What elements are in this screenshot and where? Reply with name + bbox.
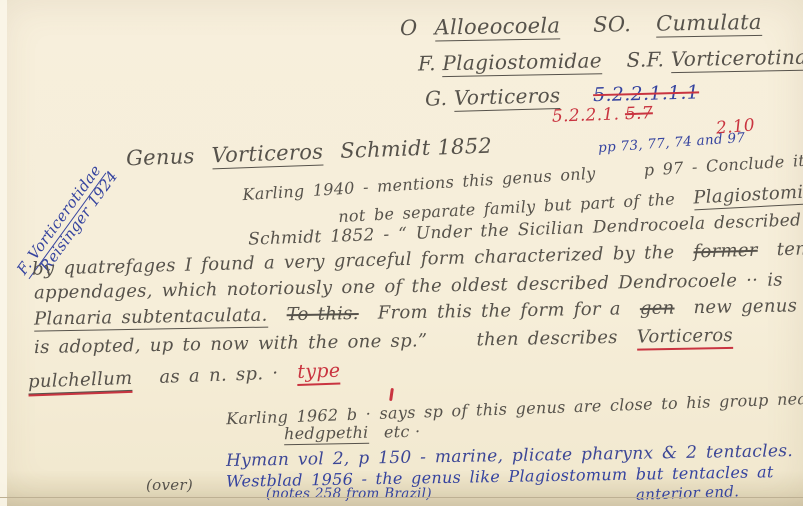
schmidt1852-line2-b: tentacle: [776, 237, 803, 260]
genus-title-line: Genus Vorticeros Schmidt 1852: [126, 134, 493, 171]
order-prefix: O: [400, 16, 418, 40]
hedgpethi-species-name: hedgpethi: [284, 423, 369, 445]
karling1940-page-insert: pp 73, 77, 74 and 97: [598, 131, 746, 157]
schmidt1852-line6: pulchellum as a n. sp. · type: [28, 361, 341, 394]
order-name: Alloeocoela: [434, 13, 560, 41]
vorticeros-underlined-red: Vorticeros: [637, 325, 734, 351]
type-designation-red: type: [297, 360, 341, 386]
red-stray-mark: [389, 388, 394, 401]
karling1962-line2: hedgpethi etc ·: [284, 423, 421, 444]
family-prefix: F.: [418, 51, 436, 75]
suborder-name: Cumulata: [656, 10, 762, 38]
card-bottom-edge: [0, 497, 803, 506]
schmidt1852-struck-word: former: [693, 240, 758, 263]
card-left-edge: [0, 0, 7, 506]
header-order-line: O Alloeocoela SO. Cumulata: [400, 10, 762, 40]
genus-title-label: Genus: [126, 144, 195, 170]
classification-code-revised-line: 5.2.2.1. 5.7: [552, 104, 654, 127]
schmidt1852-line6-b: as a n. sp. ·: [159, 363, 279, 388]
genus-title-author: Schmidt 1852: [340, 134, 493, 163]
schmidt1852-line5-a: is adopted, up to now with the one sp.”: [34, 330, 428, 358]
schmidt1852-line5-b: then describes: [476, 327, 618, 350]
schmidt1852-struck-gen: gen: [640, 297, 675, 319]
schmidt1852-line4-b: From this the form for a: [378, 298, 621, 323]
schmidt1852-line4-c: new genus: [693, 295, 797, 318]
karling1962-line2-b: etc ·: [384, 422, 421, 442]
classification-code-revised-struck: 5.7: [625, 103, 654, 124]
pulchellum-species-name: pulchellum: [28, 368, 133, 397]
genus-name: Vorticeros: [454, 83, 561, 112]
header-family-line: F. Plagiostomidae S.F. Vorticerotinae: [418, 45, 803, 75]
over-note: (over): [146, 477, 193, 494]
genus-title-name: Vorticeros: [211, 140, 324, 170]
suborder-prefix: SO.: [593, 12, 631, 37]
karling1940-family-ref: Plagiostomidae: [693, 180, 803, 211]
family-name: Plagiostomidae: [442, 48, 602, 77]
subfamily-prefix: S.F.: [626, 47, 664, 72]
classification-code-revised: 5.2.2.1.: [552, 104, 620, 126]
planaria-species-name: Planaria subtentaculata.: [34, 305, 268, 332]
index-card: O Alloeocoela SO. Cumulata F. Plagiostom…: [0, 0, 803, 506]
subfamily-name: Vorticerotinae: [671, 44, 803, 73]
genus-prefix: G.: [425, 86, 448, 111]
schmidt1852-struck-phrase: To this.: [286, 303, 358, 325]
schmidt1852-line5: is adopted, up to now with the one sp.” …: [34, 326, 733, 359]
